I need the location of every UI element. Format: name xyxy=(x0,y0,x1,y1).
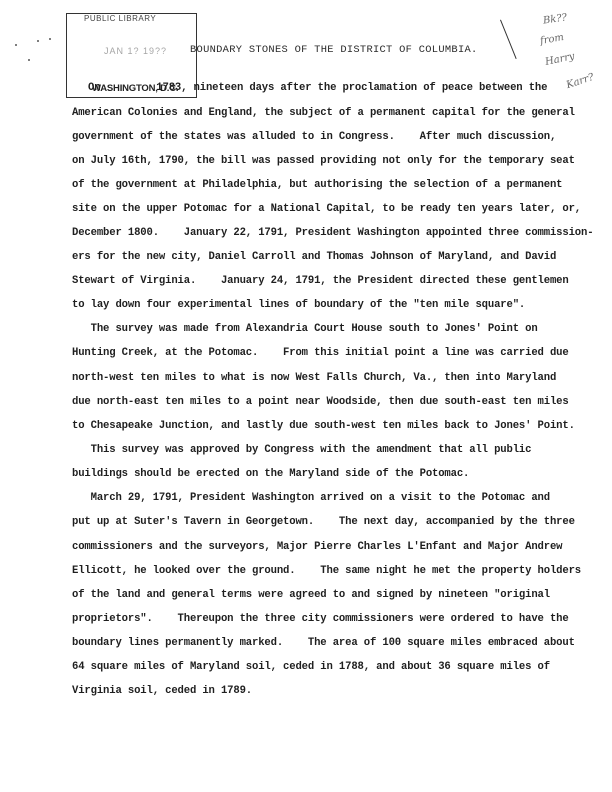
body-line: Stewart of Virginia. January 24, 1791, t… xyxy=(72,275,569,287)
scan-speck xyxy=(37,40,39,42)
scan-speck xyxy=(28,59,30,61)
body-line: to Chesapeake Junction, and lastly due s… xyxy=(72,420,575,432)
body-line: buildings should be erected on the Maryl… xyxy=(72,468,469,480)
body-line: ers for the new city, Daniel Carroll and… xyxy=(72,251,556,263)
stamp-overprint: WASHINGTON, D.C. xyxy=(92,83,178,94)
scan-speck xyxy=(49,38,51,40)
handwritten-note-4: Karr? xyxy=(565,72,595,91)
handwritten-note-1: Bk?? xyxy=(542,12,567,26)
body-line: north-west ten miles to what is now West… xyxy=(72,372,556,384)
body-line: site on the upper Potomac for a National… xyxy=(72,203,581,215)
document-title: BOUNDARY STONES OF THE DISTRICT OF COLUM… xyxy=(190,44,478,56)
body-line: commissioners and the surveyors, Major P… xyxy=(72,541,562,553)
body-line: Virginia soil, ceded in 1789. xyxy=(72,685,252,697)
body-line: American Colonies and England, the subje… xyxy=(72,107,575,119)
stamp-library-label: PUBLIC LIBRARY xyxy=(84,14,156,23)
handwritten-note-3: Harry xyxy=(544,51,576,68)
body-line: This survey was approved by Congress wit… xyxy=(72,444,531,456)
body-line: Ellicott, he looked over the ground. The… xyxy=(72,565,581,577)
body-line: of the government at Philadelphia, but a… xyxy=(72,179,562,191)
body-line: 64 square miles of Maryland soil, ceded … xyxy=(72,661,550,673)
body-line: March 29, 1791, President Washington arr… xyxy=(72,492,550,504)
body-line: Hunting Creek, at the Potomac. From this… xyxy=(72,347,569,359)
body-line: government of the states was alluded to … xyxy=(72,131,556,143)
body-line: due north-east ten miles to a point near… xyxy=(72,396,569,408)
body-line: boundary lines permanently marked. The a… xyxy=(72,637,575,649)
body-line: to lay down four experimental lines of b… xyxy=(72,299,525,311)
pencil-mark xyxy=(500,20,517,59)
body-line: put up at Suter's Tavern in Georgetown. … xyxy=(72,516,575,528)
body-line: proprietors". Thereupon the three city c… xyxy=(72,613,569,625)
body-line: of the land and general terms were agree… xyxy=(72,589,550,601)
scan-speck xyxy=(15,44,17,46)
handwritten-note-2: from xyxy=(539,32,565,47)
body-line: The survey was made from Alexandria Cour… xyxy=(72,323,538,335)
body-line: on July 16th, 1790, the bill was passed … xyxy=(72,155,575,167)
body-line: December 1800. January 22, 1791, Preside… xyxy=(72,227,593,239)
stamp-date: JAN 1? 19?? xyxy=(104,46,167,56)
document-page: PUBLIC LIBRARY JAN 1? 19?? BOUNDARY STON… xyxy=(0,0,612,792)
